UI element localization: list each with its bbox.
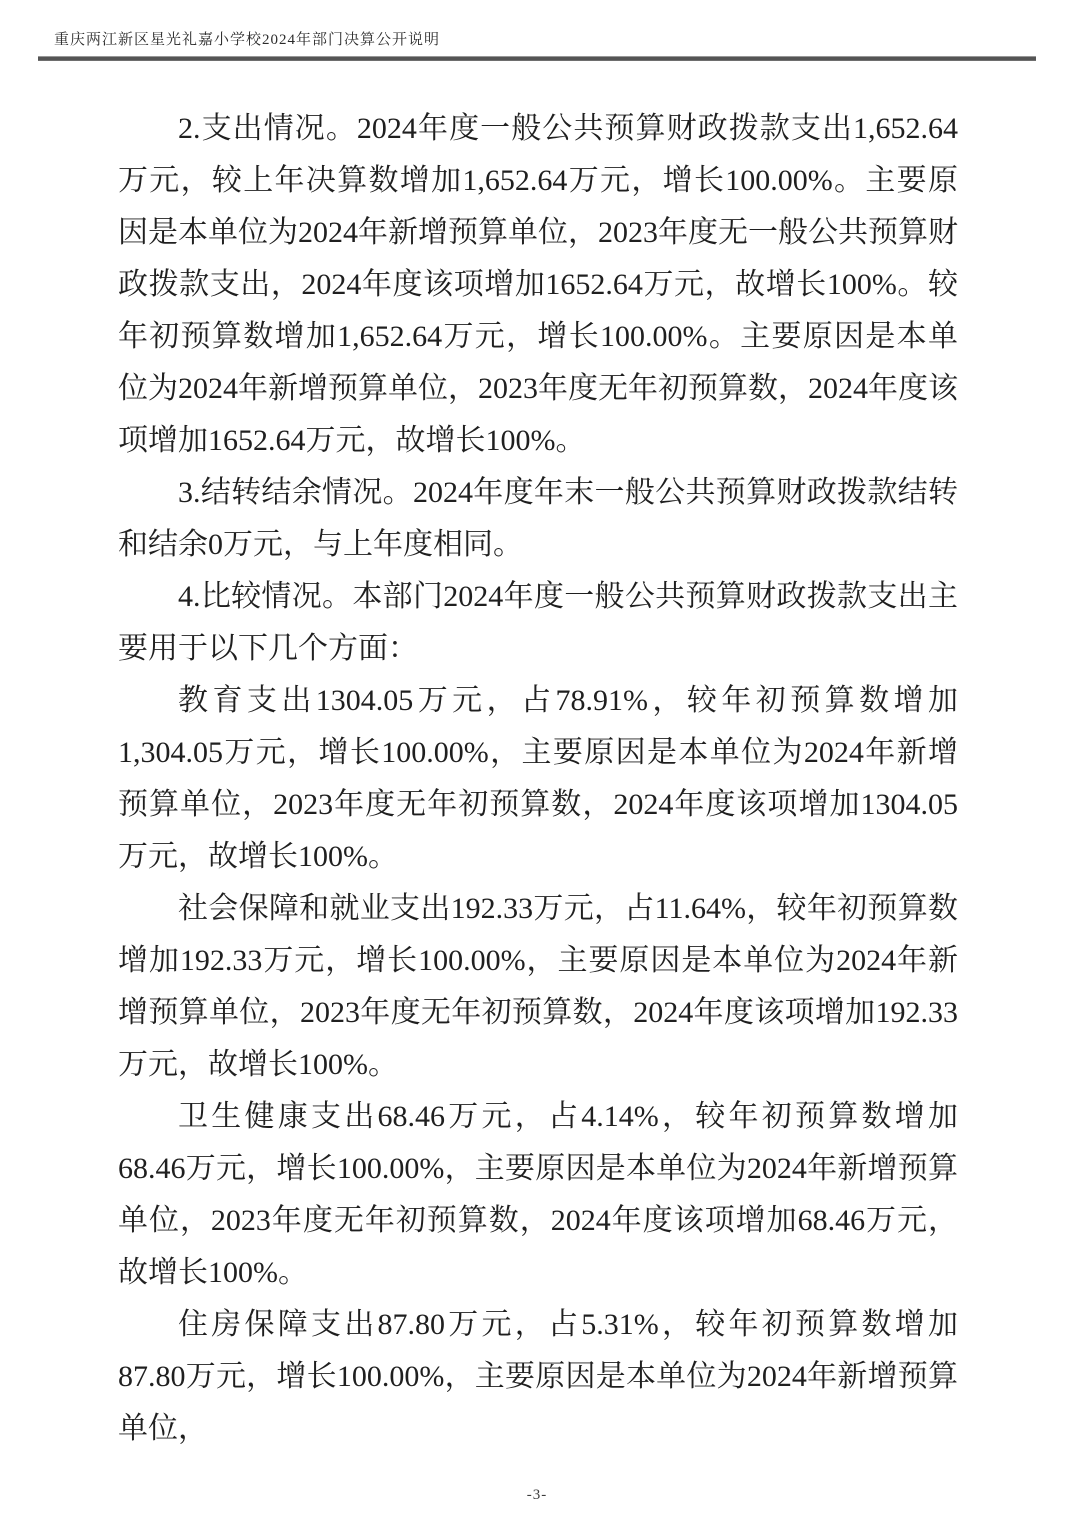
- header-rule: [38, 56, 1036, 61]
- paragraph-social-security-expenditure: 社会保障和就业支出192.33万元，占11.64%，较年初预算数增加192.33…: [118, 883, 958, 1091]
- paragraph-education-expenditure: 教育支出1304.05万元，占78.91%，较年初预算数增加1,304.05万元…: [118, 675, 958, 883]
- paragraph-comparison-intro: 4.比较情况。本部门2024年度一般公共预算财政拨款支出主要用于以下几个方面：: [118, 571, 958, 675]
- page-number: -3-: [527, 1487, 548, 1503]
- header-title: 重庆两江新区星光礼嘉小学校2024年部门决算公开说明: [38, 28, 1036, 49]
- page-header: 重庆两江新区星光礼嘉小学校2024年部门决算公开说明: [38, 28, 1036, 61]
- document-page: 重庆两江新区星光礼嘉小学校2024年部门决算公开说明 2.支出情况。2024年度…: [0, 0, 1074, 1520]
- page-footer: -3-: [0, 1487, 1074, 1504]
- document-body: 2.支出情况。2024年度一般公共预算财政拨款支出1,652.64万元，较上年决…: [118, 103, 958, 1455]
- paragraph-health-expenditure: 卫生健康支出68.46万元，占4.14%，较年初预算数增加68.46万元，增长1…: [118, 1091, 958, 1299]
- paragraph-housing-expenditure: 住房保障支出87.80万元，占5.31%，较年初预算数增加87.80万元，增长1…: [118, 1299, 958, 1455]
- paragraph-expenditure: 2.支出情况。2024年度一般公共预算财政拨款支出1,652.64万元，较上年决…: [118, 103, 958, 467]
- paragraph-carryover-balance: 3.结转结余情况。2024年度年末一般公共预算财政拨款结转和结余0万元，与上年度…: [118, 467, 958, 571]
